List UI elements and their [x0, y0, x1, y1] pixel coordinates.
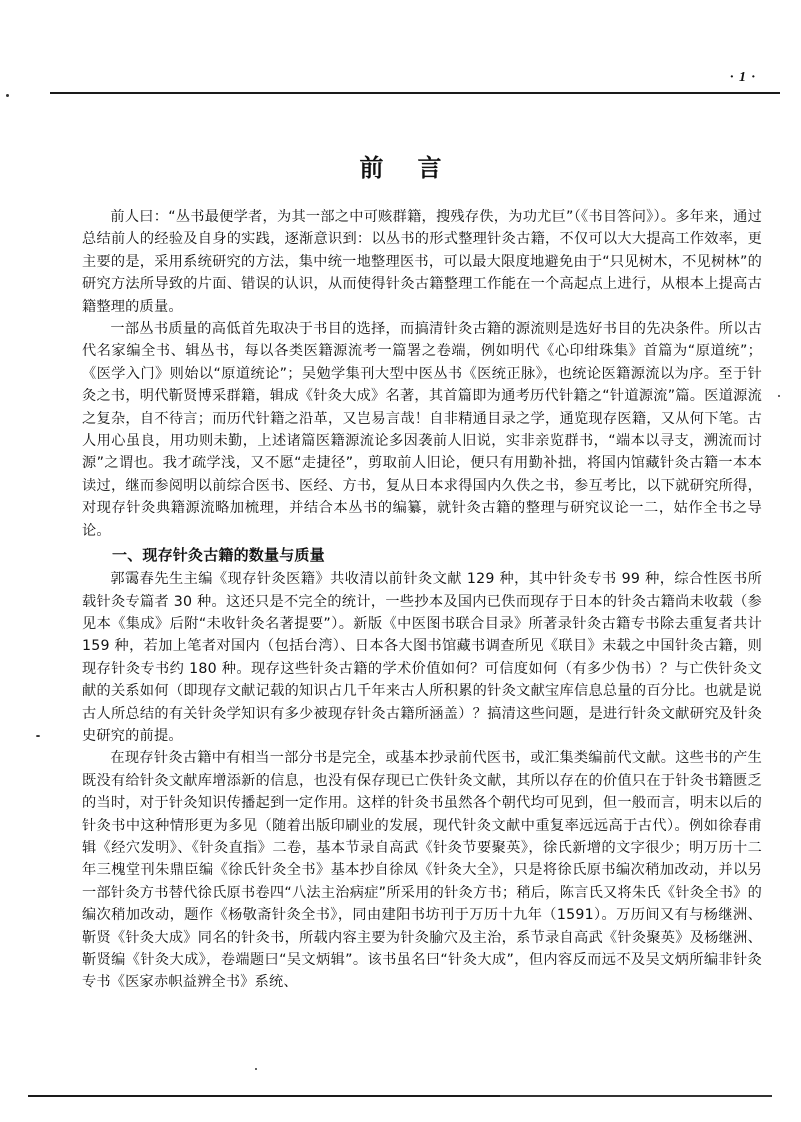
paragraph: 一部丛书质量的高低首先取决于书目的选择，而搞清针灸古籍的源流则是选好书目的先决条…: [82, 318, 762, 542]
page-number: · 1 ·: [730, 70, 756, 86]
body-text: 前人曰：“丛书最便学者，为其一部之中可赅群籍，搜残存佚，为功尤巨”（《书目答问》…: [82, 206, 762, 994]
scan-speck: [255, 1068, 257, 1070]
paragraph: 郭霭春先生主编《现存针灸医籍》共收清以前针灸文献 129 种，其中针灸专书 99…: [82, 568, 762, 747]
footer-rule-right: [500, 1095, 772, 1097]
section-heading: 一、现存针灸古籍的数量与质量: [82, 544, 762, 566]
footer-rule: [28, 1095, 500, 1097]
scan-speck: [36, 735, 40, 737]
scan-speck: [778, 395, 780, 397]
scan-speck: [6, 94, 9, 97]
paragraph: 前人曰：“丛书最便学者，为其一部之中可赅群籍，搜残存佚，为功尤巨”（《书目答问》…: [82, 206, 762, 318]
paragraph: 在现存针灸古籍中有相当一部分书是完全，或基本抄录前代医书，或汇集类编前代文献。这…: [82, 747, 762, 993]
page-title: 前言: [0, 148, 801, 183]
header-rule: [50, 92, 780, 94]
